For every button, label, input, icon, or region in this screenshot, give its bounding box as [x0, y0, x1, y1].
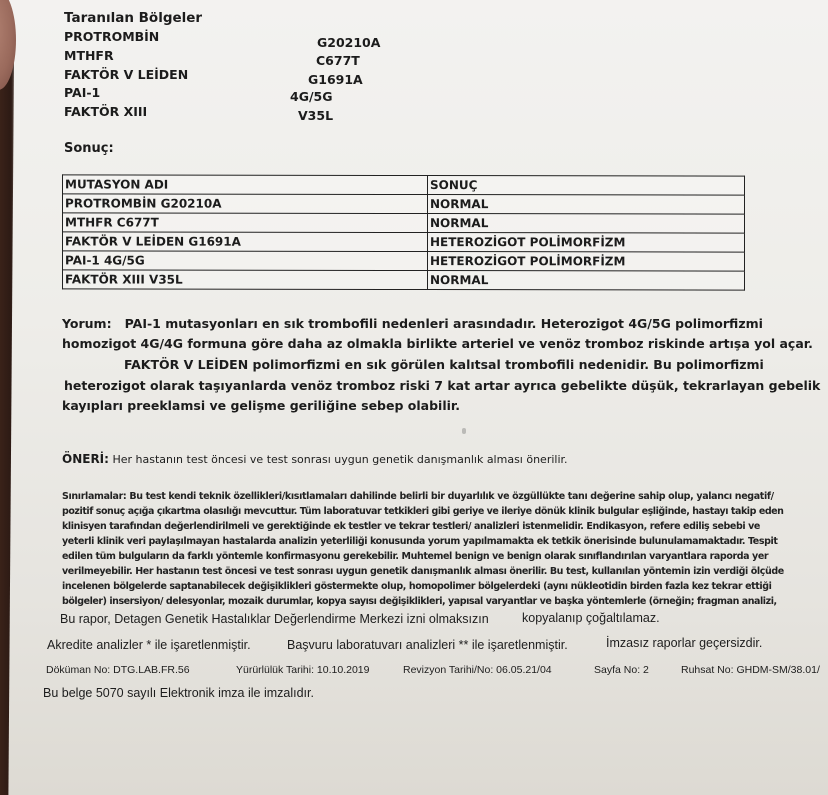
table-row: FAKTÖR V LEİDEN G1691A HETEROZİGOT POLİM…	[63, 232, 745, 252]
limitations-line: incelenen bölgelerde saptanabilecek deği…	[62, 580, 772, 594]
region-name: FAKTÖR V LEİDEN	[64, 67, 188, 82]
region-name: MTHFR	[64, 48, 114, 63]
copyright-right: kopyalanıp çoğaltılamaz.	[522, 611, 660, 625]
result-cell: HETEROZİGOT POLİMORFİZM	[428, 252, 745, 272]
result-label: Sonuç:	[64, 141, 114, 156]
limitations-line: edilen tüm bulguların da farklı yöntemle…	[62, 550, 768, 564]
limitations-line: yeterli klinik veri paylaşılmayan hastal…	[62, 535, 778, 549]
comment-line: homozigot 4G/4G formuna göre daha az olm…	[62, 333, 813, 354]
region-code: C677T	[316, 53, 360, 68]
mutation-name-cell: FAKTÖR V LEİDEN G1691A	[63, 232, 428, 252]
copyright-left: Bu rapor, Detagen Genetik Hastalıklar De…	[60, 612, 489, 626]
region-name: PAI-1	[64, 85, 100, 100]
results-table: MUTASYON ADI SONUÇ PROTROMBİN G20210A NO…	[62, 174, 745, 290]
table-row: PAI-1 4G/5G HETEROZİGOT POLİMORFİZM	[63, 251, 745, 271]
comment-line: Yorum: PAI-1 mutasyonları en sık trombof…	[62, 313, 763, 334]
recommendation-text: Her hastanın test öncesi ve test sonrası…	[112, 453, 567, 466]
result-cell: NORMAL	[428, 214, 745, 234]
header-mutation-name: MUTASYON ADI	[63, 175, 428, 195]
effective-date: Yürürlülük Tarihi: 10.10.2019	[236, 664, 369, 676]
comment-line: heterozigot olarak taşıyanlarda venöz tr…	[64, 375, 820, 396]
recommendation: ÖNERİ: Her hastanın test öncesi ve test …	[62, 452, 568, 466]
revision: Revizyon Tarihi/No: 06.05.21/04	[403, 664, 552, 676]
comment-line: kayıpları preeklamsi ve gelişme geriliği…	[62, 395, 460, 416]
region-name: PROTROMBİN	[64, 29, 159, 44]
mutation-name-cell: PAI-1 4G/5G	[63, 251, 428, 271]
region-code: V35L	[298, 108, 333, 123]
region-name: FAKTÖR XIII	[64, 104, 147, 119]
limitations-label: Sınırlamalar:	[62, 491, 126, 502]
table-row: FAKTÖR XIII V35L NORMAL	[63, 270, 745, 290]
page-no: Sayfa No: 2	[594, 664, 649, 676]
document-no: Döküman No: DTG.LAB.FR.56	[46, 664, 190, 676]
accredited-note: Akredite analizler * ile işaretlenmiştir…	[47, 638, 251, 652]
result-cell: NORMAL	[428, 195, 745, 215]
comment-label: Yorum:	[62, 316, 112, 331]
license-no: Ruhsat No: GHDM-SM/38.01/	[681, 664, 820, 676]
unsigned-note: İmzasız raporlar geçersizdir.	[606, 636, 762, 650]
signature-note: Bu belge 5070 sayılı Elektronik imza ile…	[43, 686, 314, 700]
smudge-mark	[462, 428, 466, 434]
regions-title: Taranılan Bölgeler	[64, 10, 202, 26]
limitations-line: Sınırlamalar: Bu test kendi teknik özell…	[62, 490, 774, 504]
table-row: PROTROMBİN G20210A NORMAL	[63, 194, 745, 214]
mutation-name-cell: MTHFR C677T	[63, 213, 428, 233]
limitations-line: klinisyen tarafından değerlendirilmeli v…	[62, 520, 760, 534]
region-code: 4G/5G	[290, 89, 332, 104]
table-header-row: MUTASYON ADI SONUÇ	[63, 175, 745, 195]
comment-line: FAKTÖR V LEİDEN polimorfizmi en sık görü…	[124, 354, 764, 375]
result-cell: NORMAL	[428, 271, 745, 291]
limitations-line: pozitif sonuç açığa çıkartma olasılığı m…	[62, 505, 783, 519]
limitations-line: bölgeler) insersiyon/ delesyonlar, mozai…	[62, 595, 777, 609]
region-code: G20210A	[317, 35, 380, 50]
table-row: MTHFR C677T NORMAL	[63, 213, 745, 233]
reference-lab-note: Başvuru laboratuvarı analizleri ** ile i…	[287, 638, 568, 652]
limitations-line: verilmeyebilir. Her hastanın test öncesi…	[62, 565, 784, 579]
header-result: SONUÇ	[428, 176, 745, 196]
report-page: Taranılan Bölgeler PROTROMBİN G20210A MT…	[0, 0, 828, 795]
mutation-name-cell: FAKTÖR XIII V35L	[63, 270, 428, 290]
recommendation-label: ÖNERİ:	[62, 452, 109, 466]
region-code: G1691A	[308, 72, 363, 87]
mutation-name-cell: PROTROMBİN G20210A	[63, 194, 428, 214]
result-cell: HETEROZİGOT POLİMORFİZM	[428, 233, 745, 253]
